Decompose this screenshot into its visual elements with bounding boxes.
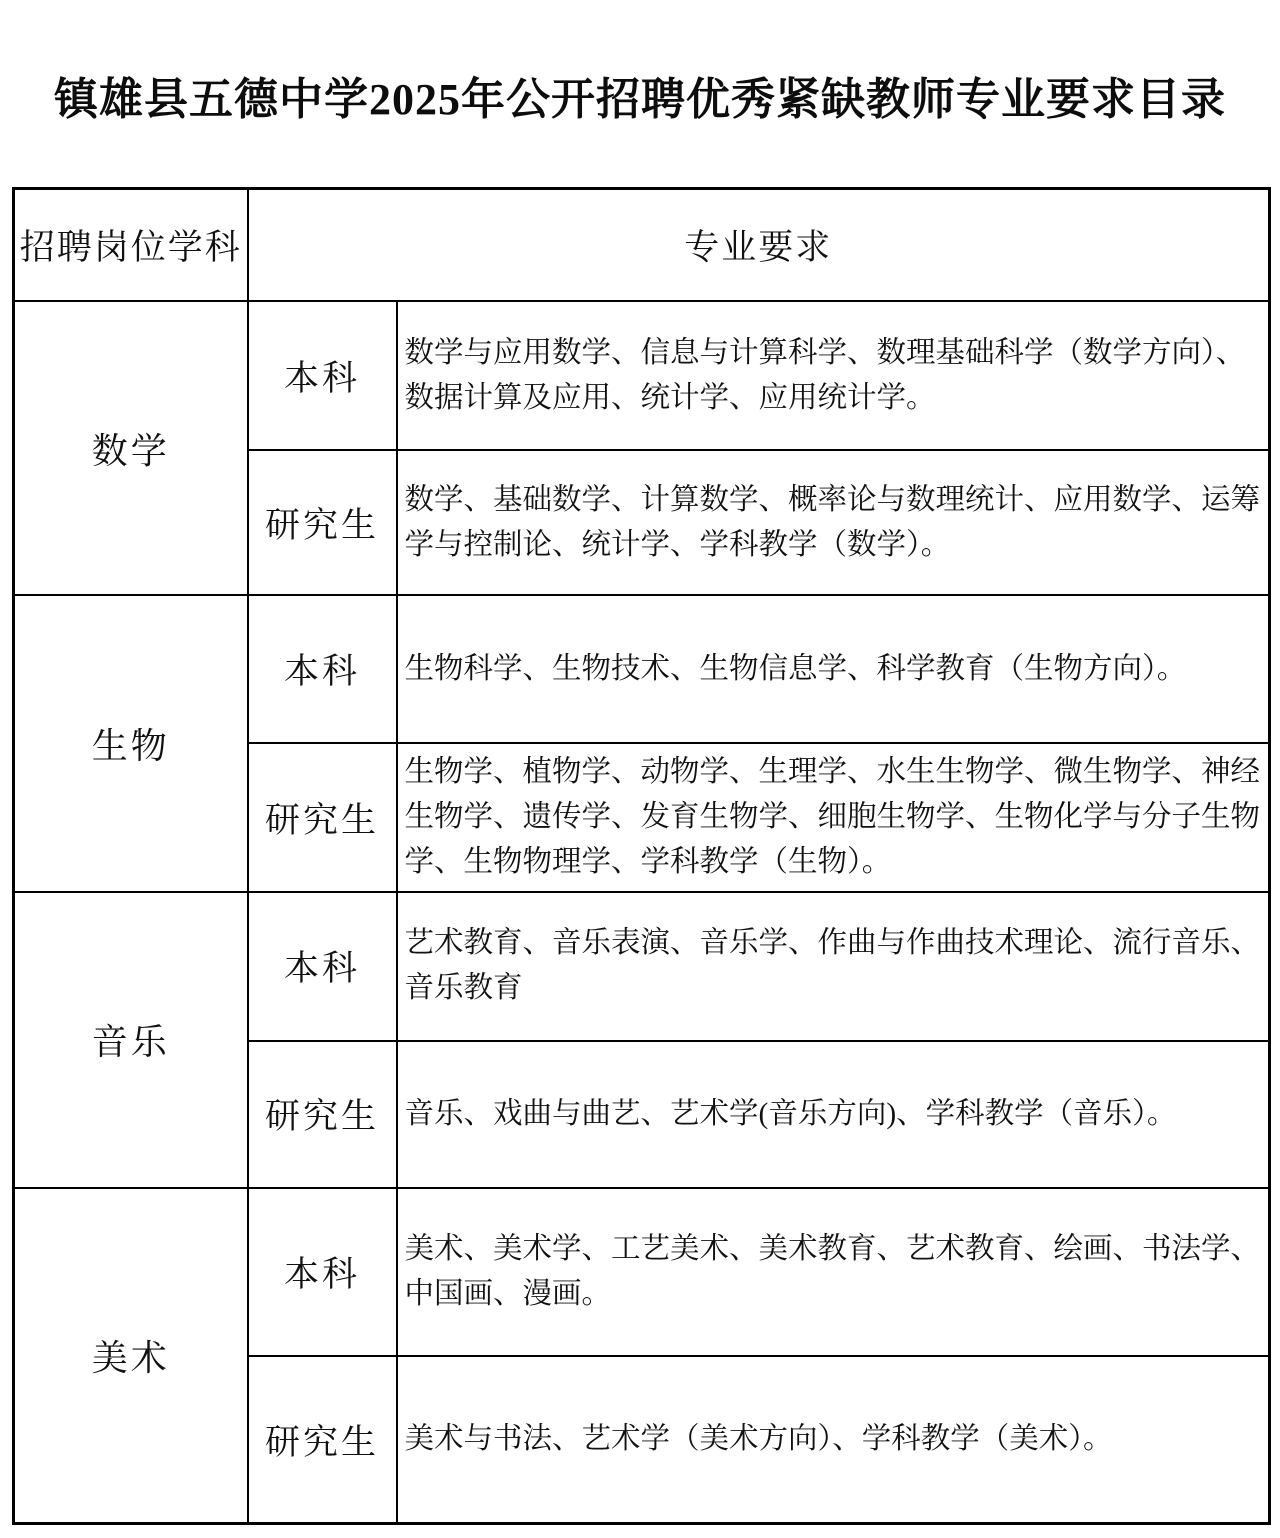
majors-art-undergrad: 美术、美术学、工艺美术、美术教育、艺术教育、绘画、书法学、中国画、漫画。 <box>397 1188 1270 1356</box>
table-row: 生物 本科 生物科学、生物技术、生物信息学、科学教育（生物方向）。 <box>14 595 1270 743</box>
level-music-undergrad: 本科 <box>248 892 397 1041</box>
majors-music-graduate: 音乐、戏曲与曲艺、艺术学(音乐方向)、学科教学（音乐）。 <box>397 1041 1270 1188</box>
level-biology-graduate: 研究生 <box>248 743 397 891</box>
subject-math: 数学 <box>14 301 248 595</box>
table-row: 音乐 本科 艺术教育、音乐表演、音乐学、作曲与作曲技术理论、流行音乐、音乐教育 <box>14 892 1270 1041</box>
column-header-subject: 招聘岗位学科 <box>14 188 248 301</box>
level-art-undergrad: 本科 <box>248 1188 397 1356</box>
table-header-row: 招聘岗位学科 专业要求 <box>14 188 1270 301</box>
document-page: 镇雄县五德中学2025年公开招聘优秀紧缺教师专业要求目录 招聘岗位学科 专业要求… <box>0 0 1280 1538</box>
column-header-requirements: 专业要求 <box>248 188 1270 301</box>
majors-math-undergrad: 数学与应用数学、信息与计算科学、数理基础科学（数学方向）、数据计算及应用、统计学… <box>397 301 1270 450</box>
level-art-graduate: 研究生 <box>248 1356 397 1524</box>
subject-art: 美术 <box>14 1188 248 1524</box>
level-math-undergrad: 本科 <box>248 301 397 450</box>
level-math-graduate: 研究生 <box>248 450 397 595</box>
majors-math-graduate: 数学、基础数学、计算数学、概率论与数理统计、应用数学、运筹学与控制论、统计学、学… <box>397 450 1270 595</box>
majors-music-undergrad: 艺术教育、音乐表演、音乐学、作曲与作曲技术理论、流行音乐、音乐教育 <box>397 892 1270 1041</box>
majors-biology-graduate: 生物学、植物学、动物学、生理学、水生生物学、微生物学、神经生物学、遗传学、发育生… <box>397 743 1270 891</box>
level-biology-undergrad: 本科 <box>248 595 397 743</box>
table-row: 美术 本科 美术、美术学、工艺美术、美术教育、艺术教育、绘画、书法学、中国画、漫… <box>14 1188 1270 1356</box>
majors-art-graduate: 美术与书法、艺术学（美术方向）、学科教学（美术）。 <box>397 1356 1270 1524</box>
subject-biology: 生物 <box>14 595 248 891</box>
requirements-table: 招聘岗位学科 专业要求 数学 本科 数学与应用数学、信息与计算科学、数理基础科学… <box>12 187 1271 1525</box>
page-title: 镇雄县五德中学2025年公开招聘优秀紧缺教师专业要求目录 <box>0 0 1280 127</box>
subject-music: 音乐 <box>14 892 248 1188</box>
majors-biology-undergrad: 生物科学、生物技术、生物信息学、科学教育（生物方向）。 <box>397 595 1270 743</box>
level-music-graduate: 研究生 <box>248 1041 397 1188</box>
table-row: 数学 本科 数学与应用数学、信息与计算科学、数理基础科学（数学方向）、数据计算及… <box>14 301 1270 450</box>
